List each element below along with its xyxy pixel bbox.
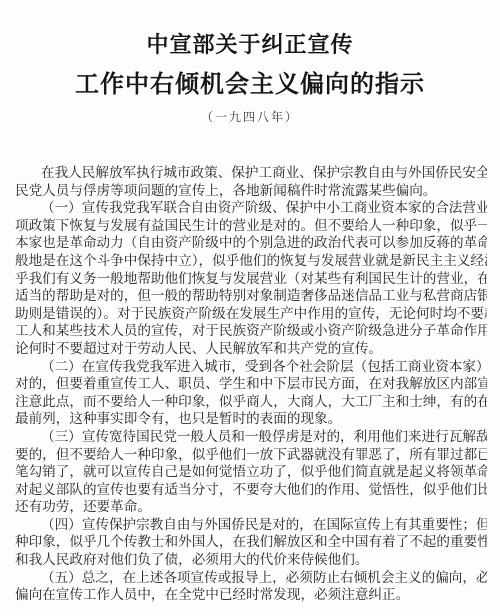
title-line-2: 工作中右倾机会主义偏向的指示	[0, 64, 500, 99]
title-line-1: 中宣部关于纠正宣传	[0, 28, 500, 59]
text-line: 论何时不要超过对于劳动人民、人民解放军和共产党的宣传。	[15, 341, 487, 359]
text-line: 般地是在这个斗争中保持中立），似乎他们的恢复与发展营业就是新民主主义经济的特征，…	[15, 253, 487, 271]
text-line: 和我人民政府对他们负了债，必须用大的代价来侍候他们。	[15, 552, 487, 570]
text-line: 民党人员与俘虏等项问题的宣传上，各地新闻稿件时常流露某些偏向。	[15, 183, 487, 201]
text-line: （五）总之，在上述各项宣传或报导上，必须防止右倾机会主义的偏向，必须指出此种	[15, 570, 487, 588]
text-line: 对起义部队的宣传也要有适当分寸，不要夸大他们的作用、觉悟性，似乎他们比人民解放军	[15, 482, 487, 500]
text-line: 还有功劳，还要革命。	[15, 499, 487, 517]
text-line: 乎我们有义务一般地帮助他们恢复与发展营业（对某些有利国民生计的营业，在必要时予以	[15, 271, 487, 289]
text-line: 要的，但不要给人一种印象，似乎他们一放下武器就没有罪恶了，所有罪过都已经被我们一	[15, 447, 487, 465]
text-line: 项政策下恢复与发展有益国民生计的营业是对的。但不要给人一种印象，似乎一般工商业资	[15, 218, 487, 236]
text-line: 在我人民解放军执行城市政策、保护工商业、保护宗教自由与外国侨民安全以及宽待国	[15, 165, 487, 183]
text-line: 工人和某些技术人员的宣传，对于民族资产阶级或小资产阶级急进分子革命作用的宣传，无	[15, 323, 487, 341]
text-line: 最前列，这种事实即令有，也只是暂时的表面的现象。	[15, 411, 487, 429]
text-line: 助则是错误的）。对于民族资产阶级在发展生产中作用的宣传，无论何时均不要超过了对于	[15, 306, 487, 324]
text-line: 本家也是革命动力（自由资产阶级中的个别急进的政治代表可以参加反蒋的革命斗争，但一	[15, 235, 487, 253]
text-line: 对的，但要着重宣传工人、职员、学生和中下层市民方面，在对我解放区内部宣传时，尤应	[15, 376, 487, 394]
text-line: 偏向在宣传工作人员中，在全党中已经时常发现，必须注意纠正。	[15, 587, 487, 605]
document-body: 在我人民解放军执行城市政策、保护工商业、保护宗教自由与外国侨民安全以及宽待国民党…	[15, 165, 487, 605]
document-date: （一九四八年）	[0, 108, 500, 125]
text-line: （一）宣传我党我军联合自由资产阶级、保护中小工商业资本家的合法营业及他们在此	[15, 200, 487, 218]
text-line: 适当的帮助是对的，但一般的帮助特别对象制造奢侈品迷信品工业与私营商店银行钱庄的帮	[15, 288, 487, 306]
text-line: （二）在宣传我党我军进入城市，受到各个社会阶层（包括工商业资本家）欢迎庆祝是	[15, 359, 487, 377]
text-line: 注意此点，而不要给人一种印象，似乎商人，大商人，大工厂主和士绅，有的在欢迎我们的	[15, 394, 487, 412]
text-line: （四）宣传保护宗教自由与外国侨民是对的，在国际宣传上有其重要性；但不要给人一	[15, 517, 487, 535]
text-line: 笔勾销了，就可以宣传自己是如何觉悟立功了，似乎他们简直就是起义将领革命军人，此外	[15, 464, 487, 482]
text-line: （三）宣传宽待国民党一般人员和一般俘虏是对的，利用他们来进行瓦解敌军工作是必	[15, 429, 487, 447]
text-line: 种印象，似乎几个传教士和外国人，在我们解放区和全中国有着了不起的重要性，似乎我军	[15, 534, 487, 552]
